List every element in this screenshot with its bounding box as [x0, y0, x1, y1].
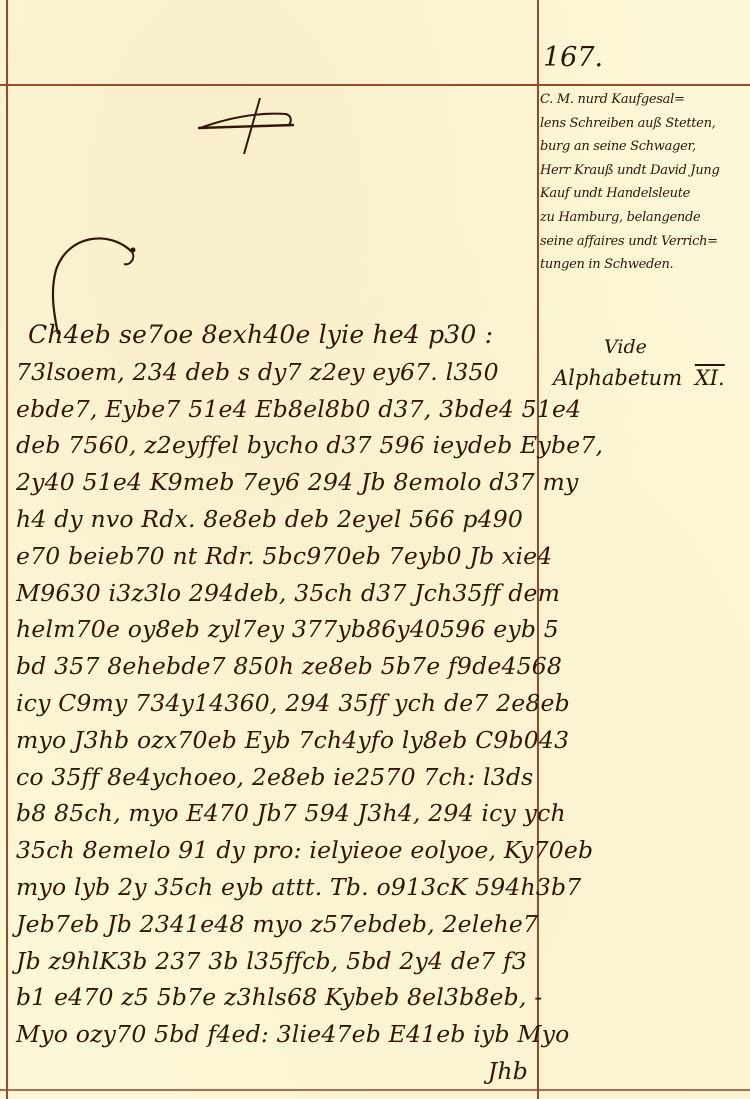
page-number: 167. — [543, 42, 603, 73]
cross-mark-icon — [188, 94, 308, 164]
catchword: Jhb — [16, 1053, 536, 1090]
header-rule — [0, 84, 750, 86]
cipher-line: 35ch 8emelo 91 dy pro: ielyieoe eolyoe, … — [16, 832, 536, 869]
cipher-line: 73lsoem, 234 deb s dy7 z2ey ey67. l350 — [16, 354, 536, 391]
cipher-line: myo J3hb ozx70eb Eyb 7ch4yfo ly8eb C9b04… — [16, 722, 536, 759]
cipher-line: Jeb7eb Jb 2341e48 myo z57ebdeb, 2elehe7 — [16, 906, 536, 943]
cipher-text-body: Ch4eb se7oe 8exh40e lyie he4 p30 : 73lso… — [16, 317, 536, 1090]
cipher-line: helm70e oy8eb zyl7ey 377yb86y40596 eyb 5 — [16, 611, 536, 648]
cipher-line: Myo ozy70 5bd f4ed: 3lie47eb E41eb iyb M… — [16, 1016, 536, 1053]
cipher-line: Jb z9hlK3b 237 3b l35ffcb, 5bd 2y4 de7 f… — [16, 943, 536, 980]
margin-note-line: seine affaires undt Verrich= — [540, 230, 750, 254]
vide-reference: Vide — [604, 336, 647, 358]
margin-note-line: Herr Krauß undt David Jung — [540, 159, 750, 183]
cipher-line: e70 beieb70 nt Rdr. 5bc970eb 7eyb0 Jb xi… — [16, 538, 536, 575]
margin-note-line: lens Schreiben auß Stetten, — [540, 112, 750, 136]
cipher-line: deb 7560, z2eyffel bycho d37 596 ieydeb … — [16, 427, 536, 464]
alphabet-number: XI. — [695, 366, 725, 390]
cipher-line: M9630 i3z3lo 294deb, 35ch d37 Jch35ff de… — [16, 575, 536, 612]
alphabetum-reference: Alphabetum XI. — [553, 366, 725, 390]
cipher-line: b1 e470 z5 5b7e z3hls68 Kybeb 8el3b8eb, … — [16, 979, 536, 1016]
cipher-line: myo lyb 2y 35ch eyb attt. Tb. o913cK 594… — [16, 869, 536, 906]
left-margin-rule — [6, 0, 8, 1099]
margin-note-line: C. M. nurd Kaufgesal= — [540, 88, 750, 112]
cipher-line: co 35ff 8e4ychoeo, 2e8eb ie2570 7ch: l3d… — [16, 759, 536, 796]
cipher-line: bd 357 8ehebde7 850h ze8eb 5b7e f9de4568 — [16, 648, 536, 685]
cipher-line: h4 dy nvo Rdx. 8e8eb deb 2eyel 566 p490 — [16, 501, 536, 538]
margin-summary-note: C. M. nurd Kaufgesal= lens Schreiben auß… — [540, 88, 750, 277]
cipher-line: Ch4eb se7oe 8exh40e lyie he4 p30 : — [16, 317, 536, 354]
manuscript-page: 167. Ch4eb se7oe 8exh40e lyie he4 p30 : … — [0, 0, 750, 1099]
cipher-line: ebde7, Eybe7 51e4 Eb8el8b0 d37, 3bde4 51… — [16, 391, 536, 428]
margin-note-line: zu Hamburg, belangende — [540, 206, 750, 230]
margin-note-line: Kauf undt Handelsleute — [540, 182, 750, 206]
cipher-line: icy C9my 734y14360, 294 35ff ych de7 2e8… — [16, 685, 536, 722]
margin-note-line: burg an seine Schwager, — [540, 135, 750, 159]
cipher-line: 2y40 51e4 K9meb 7ey6 294 Jb 8emolo d37 m… — [16, 464, 536, 501]
cipher-line: b8 85ch, myo E470 Jb7 594 J3h4, 294 icy … — [16, 795, 536, 832]
alphabetum-label: Alphabetum — [553, 366, 682, 390]
margin-note-line: tungen in Schweden. — [540, 253, 750, 277]
